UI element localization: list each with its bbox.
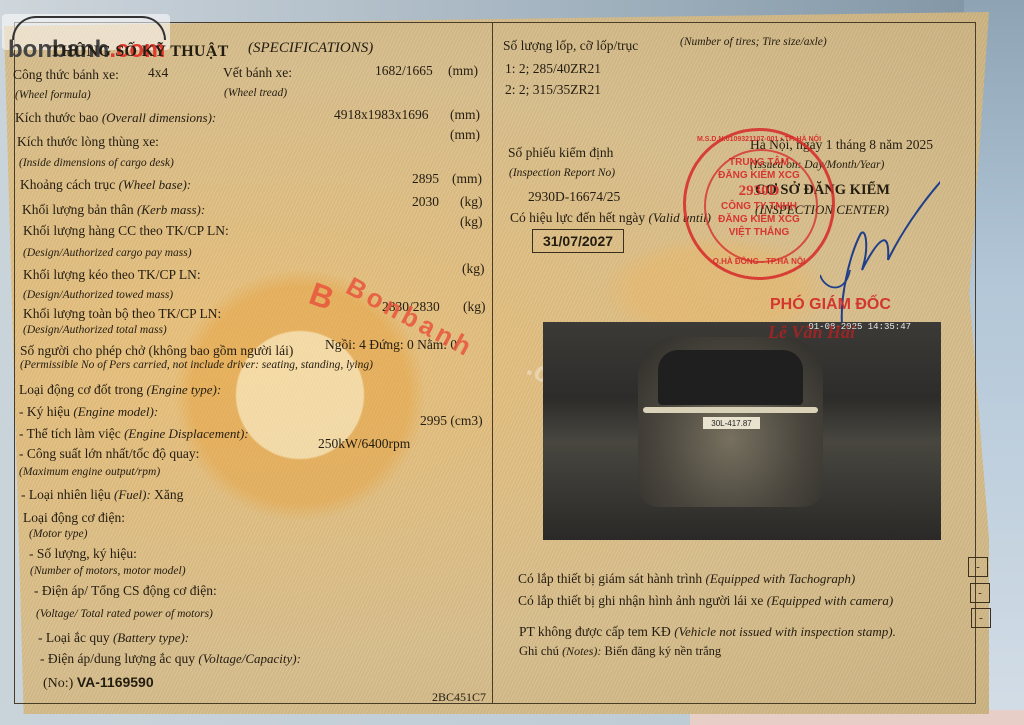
towed-mass-unit: (kg): [462, 262, 485, 276]
cargo-dim-en: (Inside dimensions of cargo desk): [19, 158, 174, 170]
overall-dim-unit: (mm): [450, 108, 480, 122]
no-stamp-label: PT không được cấp tem KĐ (Vehicle not is…: [519, 625, 896, 639]
motor-type-label: Loại động cơ điện:: [23, 511, 125, 525]
kerb-mass-label: Khối lượng bản thân (Kerb mass):: [22, 203, 205, 217]
no-stamp-box: -: [971, 608, 991, 628]
kerb-mass-value: 2030: [412, 195, 439, 209]
wheel-base-unit: (mm): [452, 172, 482, 186]
cargo-dim-label: Kích thước lòng thùng xe:: [17, 135, 159, 149]
wheel-tread-label: Vết bánh xe:: [223, 66, 292, 80]
signer-name: Lê Văn Hải: [768, 322, 855, 343]
notes: Ghi chú (Notes): Biển đăng ký nền trắng: [519, 645, 721, 658]
motor-voltage-en: (Voltage/ Total rated power of motors): [36, 609, 213, 621]
towed-mass-en: (Design/Authorized towed mass): [23, 290, 173, 302]
total-mass-unit: (kg): [463, 300, 486, 314]
battery-capacity-label: - Điện áp/dung lượng ắc quy (Voltage/Cap…: [40, 652, 301, 666]
report-label: Số phiếu kiểm định: [508, 146, 613, 160]
wheel-tread-value: 1682/1665: [375, 64, 433, 78]
tire-axle-2: 2: 2; 315/35ZR21: [505, 83, 601, 97]
persons-en: (Permissible No of Pers carried, not inc…: [20, 360, 373, 372]
battery-type-label: - Loại ắc quy (Battery type):: [38, 631, 189, 645]
official-seal: TRUNG TÂM ĐĂNG KIỂM XCG 2930D CÔNG TY TN…: [683, 128, 835, 280]
tires-en: (Number of tires; Tire size/axle): [680, 37, 827, 49]
camera-box: -: [970, 583, 990, 603]
wheel-tread-unit: (mm): [448, 64, 478, 78]
tachograph-label: Có lắp thiết bị giám sát hành trình (Equ…: [518, 572, 855, 586]
column-divider: [492, 22, 493, 704]
signer-title: PHÓ GIÁM ĐỐC: [770, 296, 891, 314]
overall-dim-value: 4918x1983x1696: [334, 108, 429, 122]
vehicle-photo: 30L-417.87 01-08-2025 14:35:47: [543, 322, 941, 540]
cargo-mass-label: Khối lượng hàng CC theo TK/CP LN:: [23, 224, 229, 238]
displacement-value: 2995 (cm3): [420, 414, 483, 428]
fuel-label: - Loại nhiên liệu (Fuel): Xăng: [21, 488, 183, 502]
serial-number: (No:) VA-1169590: [43, 675, 154, 691]
cargo-dim-unit: (mm): [450, 128, 480, 142]
engine-type-label: Loại động cơ đốt trong (Engine type):: [19, 383, 221, 397]
valid-until-label: Có hiệu lực đến hết ngày (Valid until): [510, 211, 711, 225]
report-en: (Inspection Report No): [509, 168, 615, 180]
max-output-en: (Maximum engine output/rpm): [19, 467, 160, 479]
towed-mass-label: Khối lượng kéo theo TK/CP LN:: [23, 268, 201, 282]
motor-count-label: - Số lượng, ký hiệu:: [29, 547, 137, 561]
total-mass-en: (Design/Authorized total mass): [23, 325, 167, 337]
license-plate: 30L-417.87: [703, 417, 760, 429]
max-output-value: 250kW/6400rpm: [318, 437, 410, 451]
wheel-formula-value: 4x4: [148, 66, 168, 80]
cargo-mass-en: (Design/Authorized cargo pay mass): [23, 248, 192, 260]
spec-title-vi: THÔNG SỐ KỸ THUẬT: [50, 44, 229, 60]
max-output-label: - Công suất lớn nhất/tốc độ quay:: [19, 447, 199, 461]
kerb-mass-unit: (kg): [460, 195, 483, 209]
wheel-tread-en: (Wheel tread): [224, 88, 287, 100]
wheel-formula-label: Công thức bánh xe:: [13, 68, 119, 82]
persons-label: Số người cho phép chở (không bao gồm ngư…: [20, 344, 293, 358]
wheel-base-label: Khoảng cách trục (Wheel base):: [20, 178, 191, 192]
wheel-formula-en: (Wheel formula): [15, 90, 91, 102]
valid-until-date: 31/07/2027: [532, 229, 624, 253]
camera-label: Có lắp thiết bị ghi nhận hình ảnh người …: [518, 594, 893, 608]
overall-dim-label: Kích thước bao (Overall dimensions):: [15, 111, 216, 125]
tires-label: Số lượng lốp, cỡ lốp/trục: [503, 39, 638, 53]
security-code: 2BC451C7: [432, 691, 486, 703]
total-mass-label: Khối lượng toàn bộ theo TK/CP LN:: [23, 307, 221, 321]
engine-model-label: - Ký hiệu (Engine model):: [19, 405, 158, 419]
cargo-mass-unit: (kg): [460, 215, 483, 229]
motor-type-en: (Motor type): [29, 529, 87, 541]
displacement-label: - Thể tích làm việc (Engine Displacement…: [19, 427, 249, 441]
tachograph-box: -: [968, 557, 988, 577]
motor-count-en: (Number of motors, motor model): [30, 566, 186, 578]
report-number: 2930D-16674/25: [528, 190, 620, 204]
motor-voltage-label: - Điện áp/ Tổng CS động cơ điện:: [34, 584, 217, 598]
tire-axle-1: 1: 2; 285/40ZR21: [505, 62, 601, 76]
spec-title-en: (SPECIFICATIONS): [248, 41, 373, 56]
wheel-base-value: 2895: [412, 172, 439, 186]
